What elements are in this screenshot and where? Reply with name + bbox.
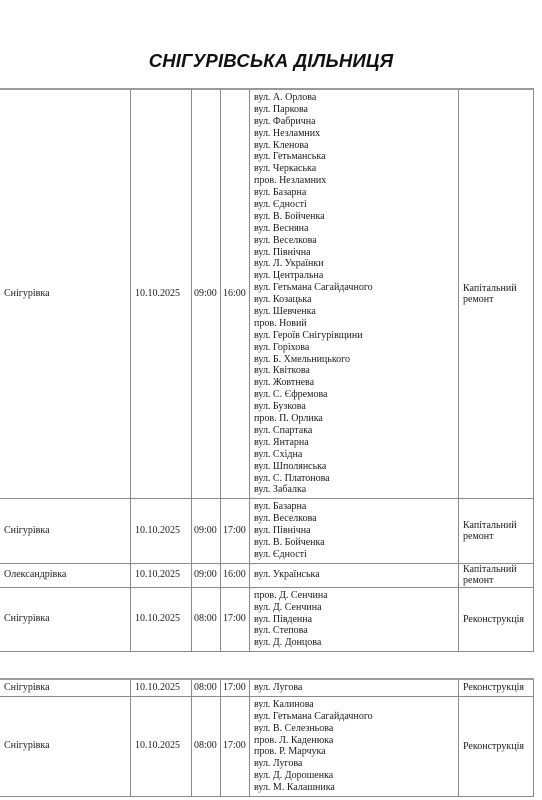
street-item: вул. Північна <box>254 247 454 259</box>
street-item: вул. Північна <box>254 525 454 537</box>
end-time-cell: 17:00 <box>221 696 250 796</box>
street-item: вул. Д. Сенчина <box>254 602 454 614</box>
street-item: пров. П. Орлика <box>254 413 454 425</box>
street-item: вул. Жовтнева <box>254 377 454 389</box>
streets-cell: вул. Українська <box>250 563 459 587</box>
work-type-cell: Реконструкція <box>459 587 534 651</box>
table-row: Снігурівка10.10.202508:0017:00пров. Д. С… <box>0 587 534 651</box>
street-item: вул. М. Калашника <box>254 782 454 794</box>
street-item: вул. С. Єфремова <box>254 389 454 401</box>
settlement-cell: Снігурівка <box>0 696 131 796</box>
work-type-cell: Капітальний ремонт <box>459 563 534 587</box>
table-row: Снігурівка10.10.202509:0017:00вул. Базар… <box>0 499 534 563</box>
street-item: вул. Шполянська <box>254 461 454 473</box>
table-body: Снігурівка10.10.202508:0017:00вул. Лугов… <box>0 679 534 797</box>
date-cell: 10.10.2025 <box>131 696 192 796</box>
street-item: вул. Весняна <box>254 223 454 235</box>
street-item: вул. Д. Дорошенка <box>254 770 454 782</box>
settlement-cell: Снігурівка <box>0 679 131 696</box>
streets-cell: вул. Лугова <box>250 679 459 696</box>
street-item: вул. В. Бойченка <box>254 211 454 223</box>
street-item: вул. Базарна <box>254 501 454 513</box>
section-title: СНІГУРІВСЬКА ДІЛЬНИЦЯ <box>0 50 542 72</box>
settlement-cell: Снігурівка <box>0 587 131 651</box>
street-item: вул. Кленова <box>254 140 454 152</box>
street-item: вул. Козацька <box>254 294 454 306</box>
street-item: вул. Паркова <box>254 104 454 116</box>
work-type-cell: Реконструкція <box>459 679 534 696</box>
streets-cell: вул. А. Орловавул. Парковавул. Фабричнав… <box>250 89 459 499</box>
settlement-cell: Снігурівка <box>0 89 131 499</box>
end-time-cell: 17:00 <box>221 587 250 651</box>
work-type-cell: Реконструкція <box>459 696 534 796</box>
table-row: Снігурівка10.10.202508:0017:00вул. Калин… <box>0 696 534 796</box>
date-cell: 10.10.2025 <box>131 587 192 651</box>
street-item: пров. Л. Каденюка <box>254 735 454 747</box>
outage-schedule-table-continued: Снігурівка10.10.202508:0017:00вул. Лугов… <box>0 678 534 797</box>
end-time-cell: 17:00 <box>221 679 250 696</box>
street-item: вул. Л. Українки <box>254 258 454 270</box>
street-item: вул. Янтарна <box>254 437 454 449</box>
streets-cell: вул. Базарнавул. Веселковавул. Північнав… <box>250 499 459 563</box>
street-item: вул. Д. Донцова <box>254 637 454 649</box>
street-item: вул. Героїв Снігурівщини <box>254 330 454 342</box>
start-time-cell: 09:00 <box>192 89 221 499</box>
start-time-cell: 08:00 <box>192 587 221 651</box>
street-item: вул. Веселкова <box>254 235 454 247</box>
streets-cell: вул. Калиновавул. Гетьмана Сагайдачногов… <box>250 696 459 796</box>
end-time-cell: 16:00 <box>221 563 250 587</box>
end-time-cell: 17:00 <box>221 499 250 563</box>
date-cell: 10.10.2025 <box>131 89 192 499</box>
start-time-cell: 08:00 <box>192 679 221 696</box>
street-item: вул. Забалка <box>254 484 454 496</box>
street-item: вул. Гетьмана Сагайдачного <box>254 711 454 723</box>
street-item: пров. Незламних <box>254 175 454 187</box>
street-item: вул. А. Орлова <box>254 92 454 104</box>
street-item: вул. Квіткова <box>254 365 454 377</box>
street-item: вул. Веселкова <box>254 513 454 525</box>
street-item: вул. Центральна <box>254 270 454 282</box>
date-cell: 10.10.2025 <box>131 563 192 587</box>
settlement-cell: Снігурівка <box>0 499 131 563</box>
settlement-cell: Олександрівка <box>0 563 131 587</box>
street-item: пров. Р. Марчука <box>254 746 454 758</box>
street-item: пров. Д. Сенчина <box>254 590 454 602</box>
work-type-cell: Капітальний ремонт <box>459 499 534 563</box>
street-item: вул. Південна <box>254 614 454 626</box>
street-item: вул. Базарна <box>254 187 454 199</box>
street-item: пров. Новий <box>254 318 454 330</box>
street-item: вул. Єдності <box>254 549 454 561</box>
street-item: вул. Лугова <box>254 682 454 694</box>
street-item: вул. Шевченка <box>254 306 454 318</box>
date-cell: 10.10.2025 <box>131 679 192 696</box>
street-item: вул. Черкаська <box>254 163 454 175</box>
work-type-cell: Капітальний ремонт <box>459 89 534 499</box>
street-item: вул. Східна <box>254 449 454 461</box>
table-row: Снігурівка10.10.202509:0016:00вул. А. Ор… <box>0 89 534 499</box>
street-item: вул. Лугова <box>254 758 454 770</box>
street-item: вул. Гетьмана Сагайдачного <box>254 282 454 294</box>
street-item: вул. Горіхова <box>254 342 454 354</box>
street-item: вул. Фабрична <box>254 116 454 128</box>
streets-cell: пров. Д. Сенчинавул. Д. Сенчинавул. Півд… <box>250 587 459 651</box>
street-item: вул. Калинова <box>254 699 454 711</box>
street-item: вул. В. Бойченка <box>254 537 454 549</box>
street-item: вул. Бузкова <box>254 401 454 413</box>
street-item: вул. Незламних <box>254 128 454 140</box>
street-item: вул. Українська <box>254 569 454 581</box>
date-cell: 10.10.2025 <box>131 499 192 563</box>
start-time-cell: 09:00 <box>192 499 221 563</box>
street-item: вул. Б. Хмельницького <box>254 354 454 366</box>
street-item: вул. Гетьманська <box>254 151 454 163</box>
street-item: вул. Спартака <box>254 425 454 437</box>
street-item: вул. Степова <box>254 625 454 637</box>
start-time-cell: 09:00 <box>192 563 221 587</box>
table-body: Снігурівка10.10.202509:0016:00вул. А. Ор… <box>0 89 534 652</box>
start-time-cell: 08:00 <box>192 696 221 796</box>
street-item: вул. В. Селезньова <box>254 723 454 735</box>
table-row: Снігурівка10.10.202508:0017:00вул. Лугов… <box>0 679 534 696</box>
table-row: Олександрівка10.10.202509:0016:00вул. Ук… <box>0 563 534 587</box>
street-item: вул. С. Платонова <box>254 473 454 485</box>
outage-schedule-table: Снігурівка10.10.202509:0016:00вул. А. Ор… <box>0 88 534 652</box>
end-time-cell: 16:00 <box>221 89 250 499</box>
street-item: вул. Єдності <box>254 199 454 211</box>
